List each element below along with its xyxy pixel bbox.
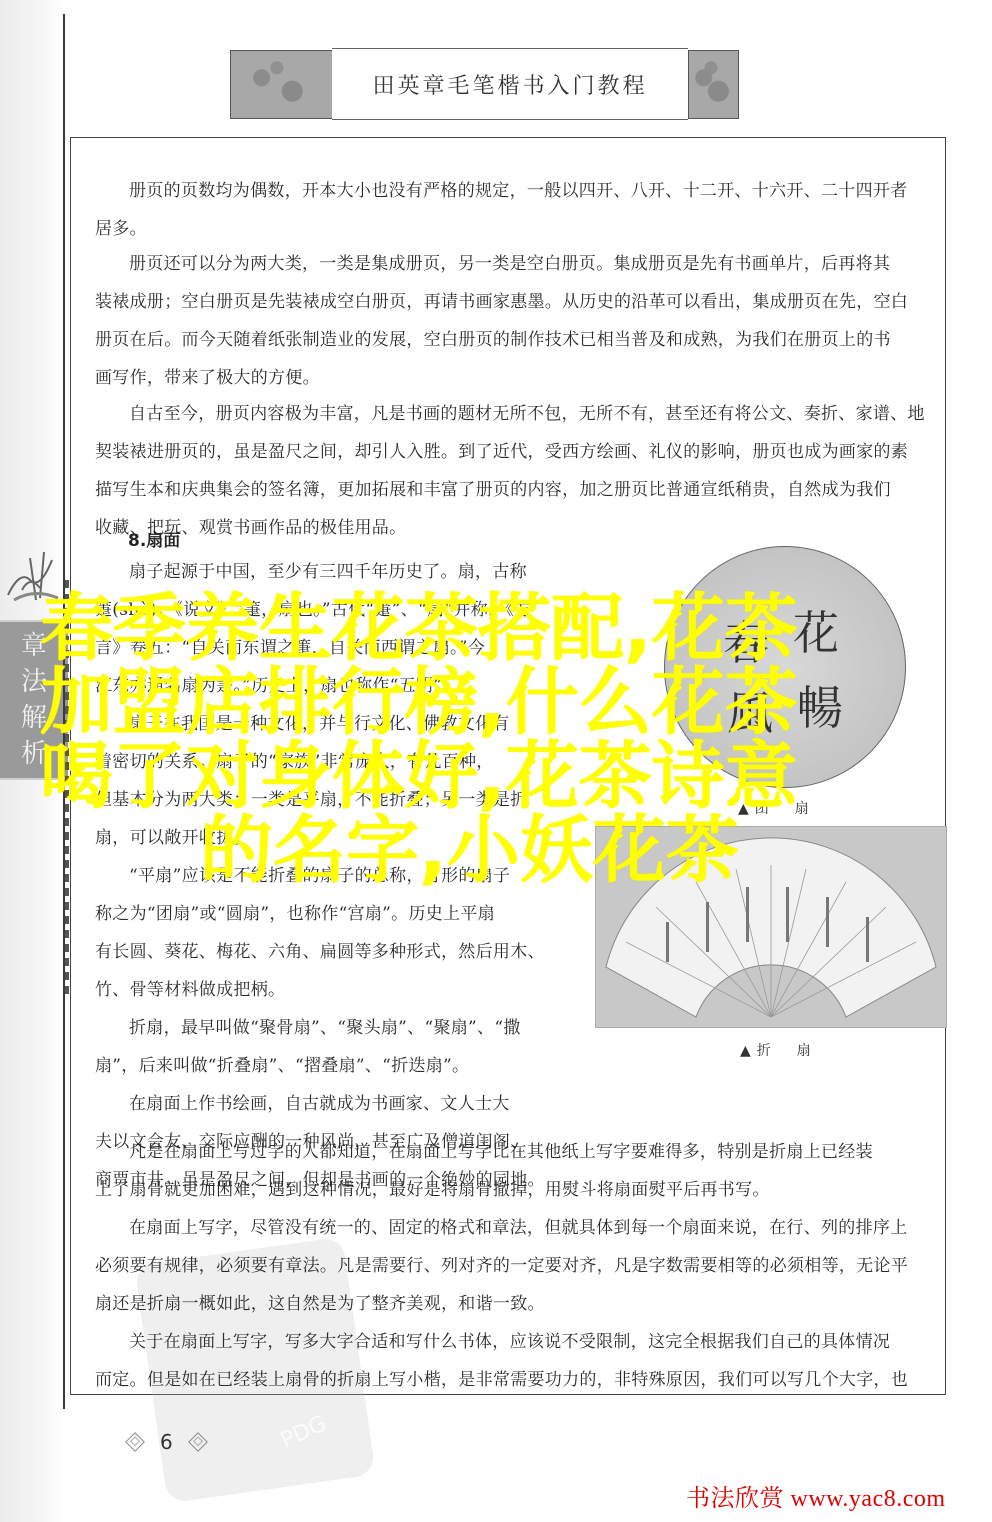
page-number-row: 6 bbox=[128, 1430, 205, 1454]
folding-fan-caption: ▲折 扇 bbox=[740, 1040, 817, 1060]
diamond-ornament-icon bbox=[125, 1432, 145, 1452]
text-line: 折扇，最早叫做“聚骨扇”、“聚头扇”、“聚扇”、“撒 bbox=[95, 1009, 550, 1047]
text-line: 居多。 bbox=[95, 210, 940, 248]
text-line: 称之为“团扇”或“圆扇”，也称作“宫扇”。历史上平扇 bbox=[95, 895, 550, 933]
overlay-line: 喝了对身体好,花茶诗意 bbox=[40, 740, 940, 814]
diamond-ornament-icon bbox=[188, 1432, 208, 1452]
text-line: 而定。但是如在已经装上扇骨的折扇上写小楷，是非常需要功力的，非特殊原因，我们可以… bbox=[95, 1361, 940, 1399]
text-line: 册页在后。而今天随着纸张制造业的发展，空白册页的制作技术已相当普及和成熟，为我们… bbox=[95, 321, 940, 359]
header-ornament-left bbox=[230, 50, 334, 119]
text-line: 凡是在扇面上写过字的人都知道，在扇面上写字比在其他纸上写字要难得多，特别是折扇上… bbox=[95, 1133, 940, 1171]
site-credit: 书法欣赏 www.yac8.com bbox=[686, 1478, 946, 1513]
page-number: 6 bbox=[160, 1430, 173, 1454]
paragraph: 册页还可以分为两大类，一类是集成册页，另一类是空白册页。集成册页是先有书画单片，… bbox=[95, 245, 940, 397]
text-line: 在扇面上写字，尽管没有统一的、固定的格式和章法，但就具体到每一个扇面来说，在行、… bbox=[95, 1209, 940, 1247]
overlay-line: 加盟店排行榜,什么花茶 bbox=[40, 666, 940, 740]
text-line: 契装裱进册页的，虽是盈尺之间，却引人入胜。到了近代，受西方绘画、礼仪的影响，册页… bbox=[95, 433, 940, 471]
paragraph: 凡是在扇面上写过字的人都知道，在扇面上写字比在其他纸上写字要难得多，特别是折扇上… bbox=[95, 1133, 940, 1399]
text-line: 册页的页数均为偶数，开本大小也没有严格的规定，一般以四开、八开、十二开、十六开、… bbox=[95, 172, 940, 210]
header-banner: 田英章毛笔楷书入门教程 bbox=[332, 48, 688, 120]
text-line: 上了扇骨就更加困难，遇到这种情况，最好是将扇骨撤掉，用熨斗将扇面熨平后再书写。 bbox=[95, 1171, 940, 1209]
text-line: 扇”，后来叫做“折叠扇”、“摺叠扇”、“折迭扇”。 bbox=[95, 1047, 550, 1085]
text-line: 有长圆、葵花、梅花、六角、扁圆等多种形式，然后用木、 bbox=[95, 933, 550, 971]
overlay-title: 春季养生花茶搭配,花茶 加盟店排行榜,什么花茶 喝了对身体好,花茶诗意 的名字,… bbox=[40, 592, 940, 888]
text-line: 自古至今，册页内容极为丰富，凡是书画的题材无所不包，无所不有，甚至还有将公文、奏… bbox=[95, 395, 940, 433]
section-heading: 8.扇面 bbox=[128, 526, 180, 551]
text-line: 关于在扇面上写字，写多大字合适和写什么书体，应该说不受限制，这完全根据我们自己的… bbox=[95, 1323, 940, 1361]
overlay-line: 春季养生花茶搭配,花茶 bbox=[40, 592, 940, 666]
text-line: 描写生本和庆典集会的签名簿，更加拓展和丰富了册页的内容，加之册页比普通宣纸稍贵，… bbox=[95, 471, 940, 509]
text-line: 收藏、把玩、观赏书画作品的极佳用品。 bbox=[95, 509, 940, 547]
text-line: 在扇面上作书绘画，自古就成为书画家、文人士大 bbox=[95, 1085, 550, 1123]
text-line: 必须要有规律，必须要有章法。凡是需要行、列对齐的一定要对齐，凡是字数需要相等的必… bbox=[95, 1247, 940, 1285]
text-line: 画写作，带来了极大的方便。 bbox=[95, 359, 940, 397]
text-line: 竹、骨等材料做成把柄。 bbox=[95, 971, 550, 1009]
text-line: 装裱成册；空白册页是先装裱成空白册页，再请书画家惠墨。从历史的沿革可以看出，集成… bbox=[95, 283, 940, 321]
header-ornament-right bbox=[688, 50, 739, 119]
book-title: 田英章毛笔楷书入门教程 bbox=[372, 69, 647, 100]
text-line: 册页还可以分为两大类，一类是集成册页，另一类是空白册页。集成册页是先有书画单片，… bbox=[95, 245, 940, 283]
paragraph: 自古至今，册页内容极为丰富，凡是书画的题材无所不包，无所不有，甚至还有将公文、奏… bbox=[95, 395, 940, 547]
text-line: 扇还是折扇一概如此，这自然是为了整齐美观，和谐一致。 bbox=[95, 1285, 940, 1323]
overlay-line: 的名字,小妖花茶 bbox=[40, 814, 940, 888]
paragraph: 册页的页数均为偶数，开本大小也没有严格的规定，一般以四开、八开、十二开、十六开、… bbox=[95, 172, 940, 248]
